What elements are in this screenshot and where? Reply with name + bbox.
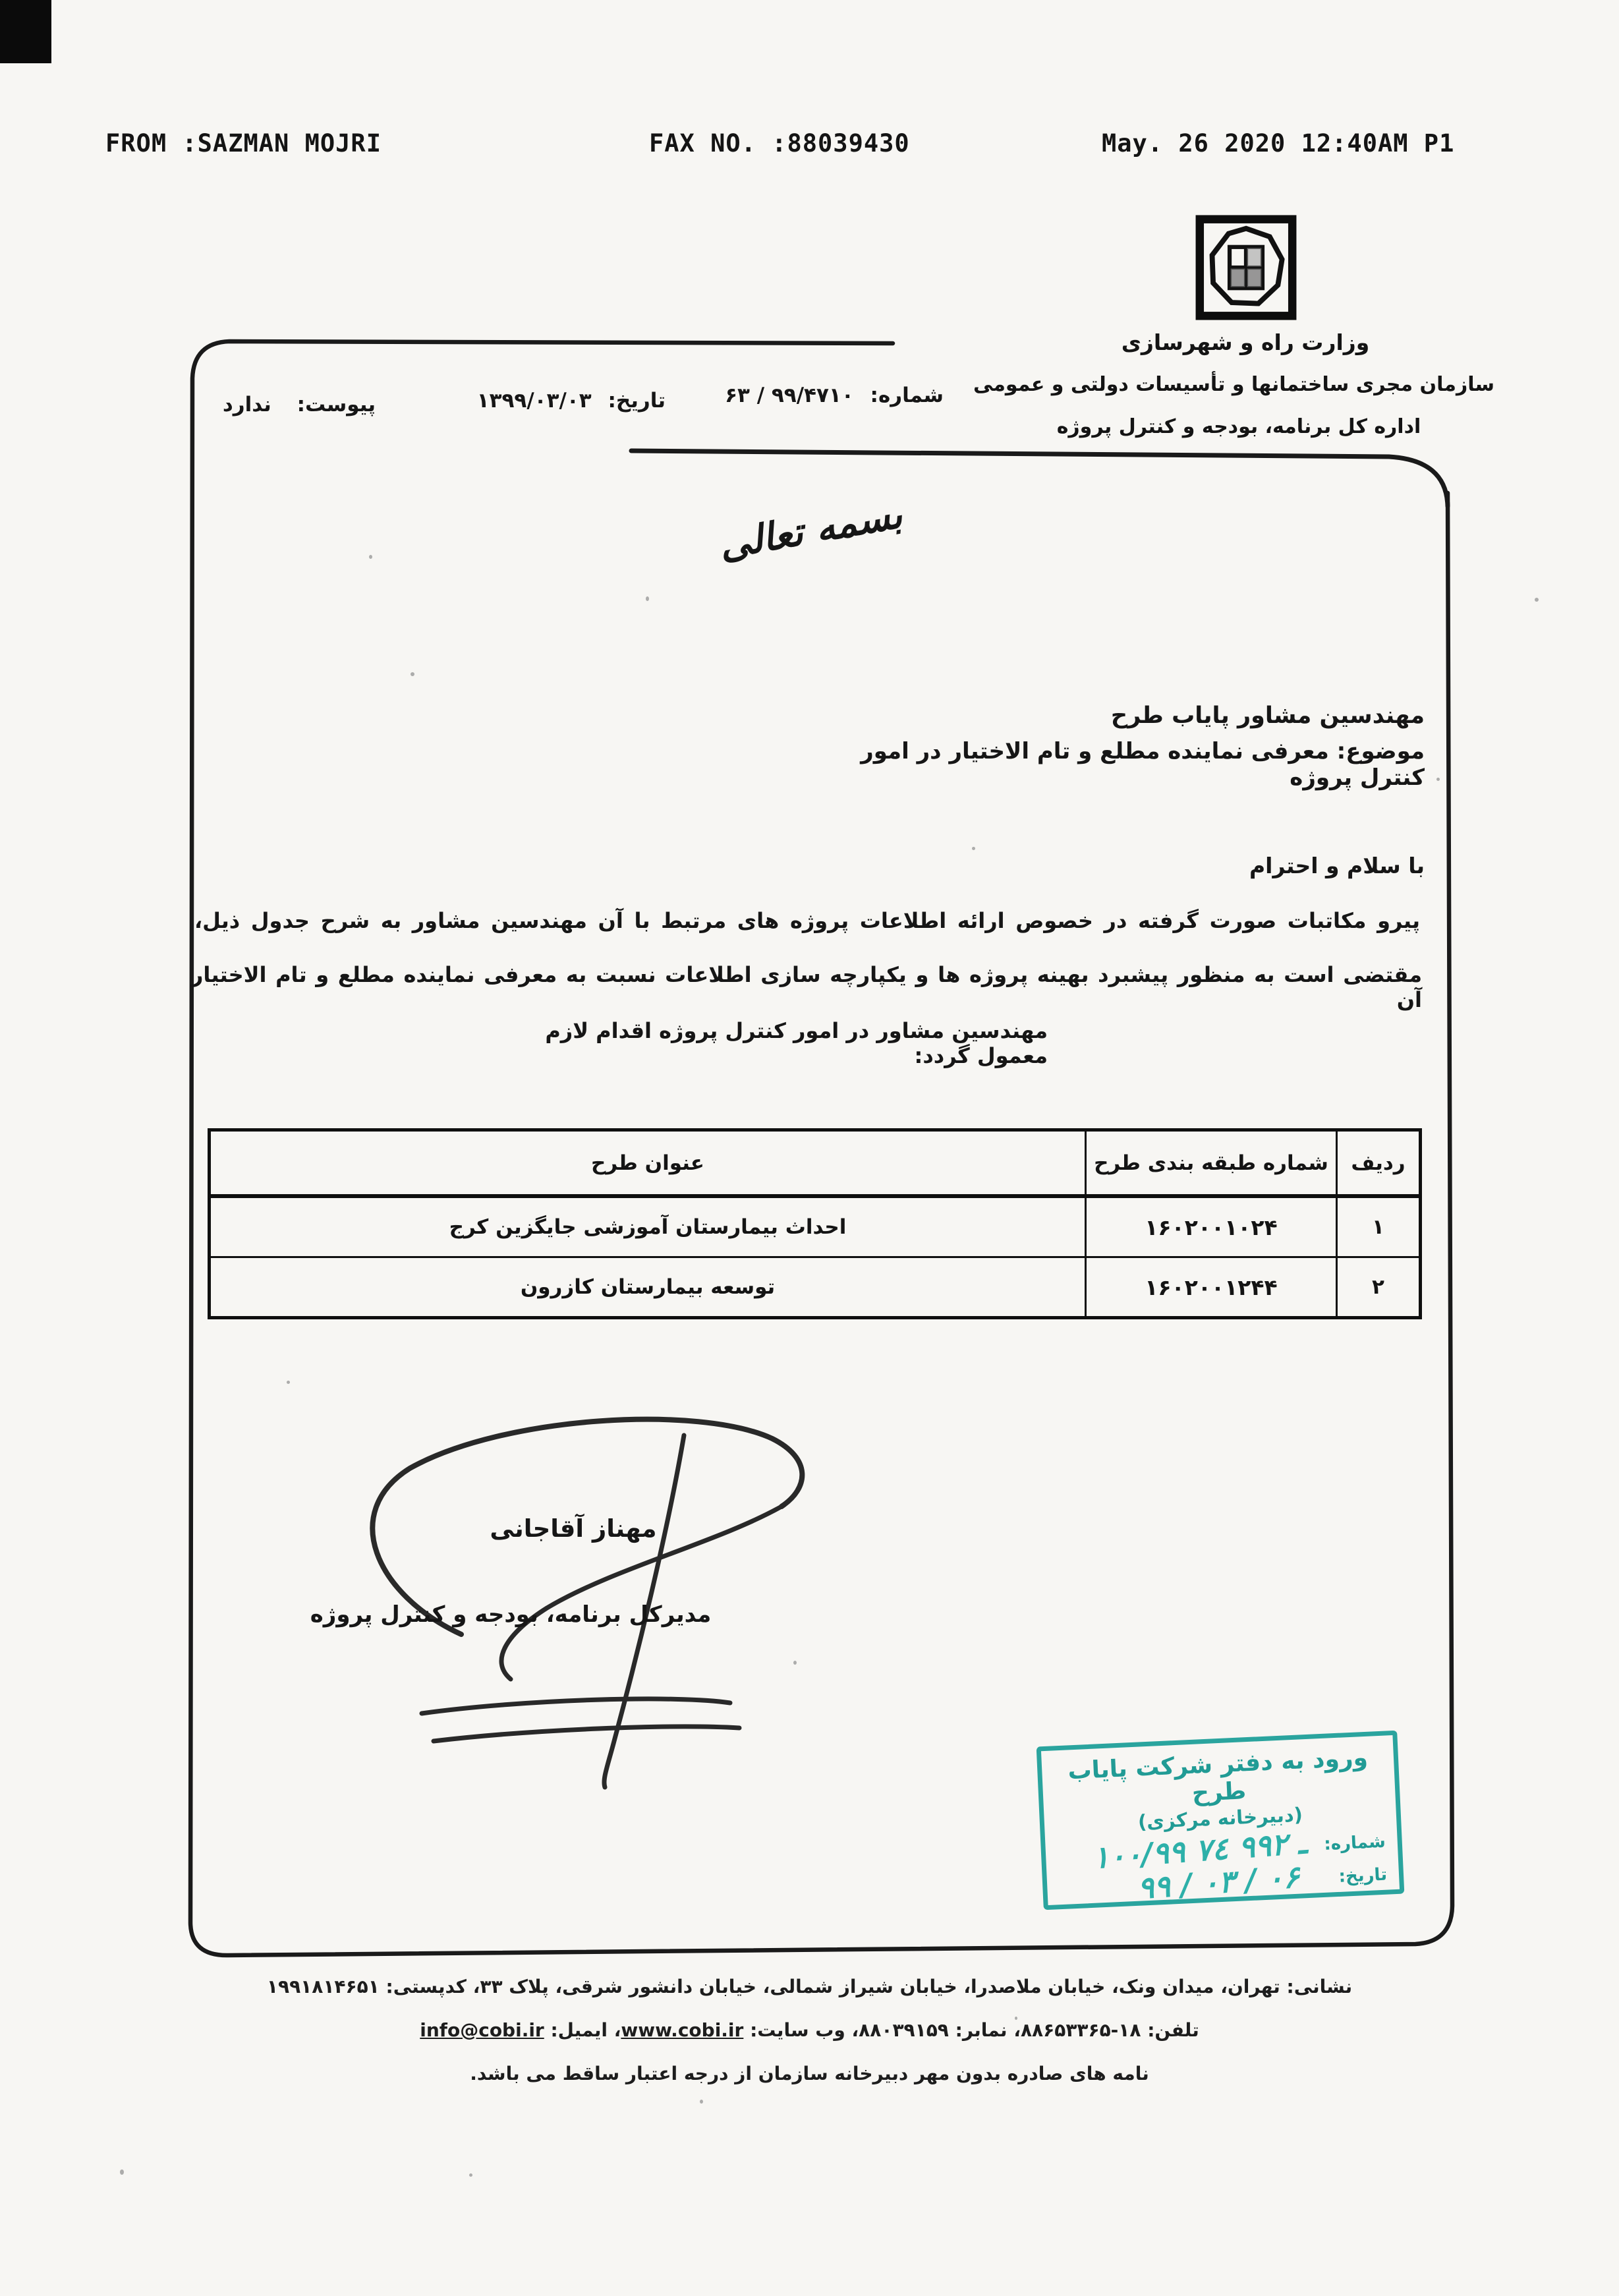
- fax-header-from: FROM :SAZMAN MOJRI: [105, 129, 382, 158]
- signatory-name: مهناز آقاجانی: [461, 1514, 685, 1543]
- scan-corner-artifact: [0, 0, 51, 63]
- fax-header-timestamp: May. 26 2020 12:40AM P1: [1102, 129, 1454, 158]
- salutation-line: با سلام و احترام: [1239, 853, 1425, 878]
- footer-contact: تلفن: ۱۸-۸۸۶۵۳۳۶۵، نمابر: ۸۸۰۳۹۱۵۹، وب س…: [0, 2019, 1619, 2041]
- scan-speck: [1535, 598, 1539, 602]
- footer-disclaimer: نامه های صادره بدون مهر دبیرخانه سازمان …: [0, 2063, 1619, 2084]
- scan-speck: [411, 672, 414, 676]
- body-line-1: پیرو مکاتبات صورت گرفته در خصوص ارائه اط…: [194, 908, 1420, 933]
- footer-website-link: www.cobi.ir: [621, 2019, 743, 2041]
- letter-date-label: تاریخ:: [608, 389, 666, 413]
- body-line-2: مقتضی است به منظور پیشبرد بهینه پروژه ها…: [191, 962, 1422, 1012]
- scan-speck: [646, 596, 649, 601]
- footer-address: نشانی: تهران، میدان ونک، خیابان ملاصدرا،…: [0, 1976, 1619, 1997]
- scan-speck: [793, 1661, 797, 1665]
- footer-contact-text: ، ایمیل:: [544, 2019, 621, 2041]
- letter-attachment-field: پیوست: ندارد: [211, 393, 376, 416]
- footer-contact-text: تلفن: ۱۸-۸۸۶۵۳۳۶۵، نمابر: ۸۸۰۳۹۱۵۹، وب س…: [743, 2019, 1199, 2041]
- letter-attachment-label: پیوست:: [297, 393, 376, 416]
- scan-speck: [972, 847, 975, 850]
- plan-code-cell: ۱۶۰۲۰۰۱۰۲۴: [1086, 1196, 1337, 1257]
- scan-speck: [469, 2173, 472, 2177]
- scan-speck: [1015, 2017, 1017, 2020]
- body-line-3: مهندسین مشاور در امور کنترل پروژه اقدام …: [506, 1018, 1048, 1068]
- subject-line: موضوع: معرفی نماینده مطلع و تام الاختیار…: [804, 738, 1425, 791]
- table-header-row: ردیف شماره طبقه بندی طرح عنوان طرح: [210, 1130, 1421, 1197]
- header-row-number: ردیف: [1337, 1130, 1421, 1197]
- letter-number-value: ۹۹/۴۷۱۰ / ۶۳: [725, 384, 854, 407]
- besmele-calligraphy: بسمه تعالی: [696, 488, 925, 571]
- row-number-cell: ۲: [1337, 1257, 1421, 1318]
- letterhead-department: اداره کل برنامه، بودجه و کنترل پروژه: [1015, 415, 1463, 438]
- row-number-cell: ۱: [1337, 1196, 1421, 1257]
- projects-table: ردیف شماره طبقه بندی طرح عنوان طرح ۱ ۱۶۰…: [208, 1128, 1422, 1319]
- plan-code-cell: ۱۶۰۲۰۰۱۲۴۴: [1086, 1257, 1337, 1318]
- plan-title-cell: توسعه بیمارستان کازرون: [210, 1257, 1086, 1318]
- table-row: ۲ ۱۶۰۲۰۰۱۲۴۴ توسعه بیمارستان کازرون: [210, 1257, 1421, 1318]
- scan-speck: [700, 2100, 703, 2104]
- scan-speck: [287, 1381, 290, 1384]
- ministry-logo-icon: [1195, 215, 1297, 320]
- signatory-title: مدیرکل برنامه، بودجه و کنترل پروژه: [297, 1601, 725, 1628]
- letter-attachment-value: ندارد: [223, 393, 271, 416]
- stamp-date-label: تاریخ:: [1338, 1865, 1388, 1887]
- fax-header-number: FAX NO. :88039430: [649, 129, 910, 158]
- receipt-stamp: ورود به دفتر شرکت پایاب طرح (دبیرخانه مر…: [1037, 1731, 1405, 1910]
- header-plan-code: شماره طبقه بندی طرح: [1086, 1130, 1337, 1197]
- plan-title-cell: احداث بیمارستان آموزشی جایگزین کرج: [210, 1196, 1086, 1257]
- letterhead-ministry: وزارت راه و شهرسازی: [1041, 330, 1450, 355]
- fax-page: FROM :SAZMAN MOJRI FAX NO. :88039430 May…: [0, 0, 1619, 2296]
- letter-number-field: شماره: ۹۹/۴۷۱۰ / ۶۳: [672, 384, 944, 407]
- letterhead-organization: سازمان مجری ساختمانها و تأسیسات دولتی و …: [965, 373, 1502, 396]
- table-row: ۱ ۱۶۰۲۰۰۱۰۲۴ احداث بیمارستان آموزشی جایگ…: [210, 1196, 1421, 1257]
- letter-number-label: شماره:: [870, 384, 944, 407]
- header-plan-title: عنوان طرح: [210, 1130, 1086, 1197]
- scan-speck: [369, 555, 372, 559]
- stamp-number-label: شماره:: [1324, 1832, 1386, 1854]
- letter-date-value: ۱۳۹۹/۰۳/۰۳: [477, 389, 592, 413]
- recipient-line: مهندسین مشاور پایاب طرح: [1054, 703, 1425, 729]
- footer-email-link: info@cobi.ir: [420, 2019, 544, 2041]
- scan-speck: [120, 2169, 124, 2175]
- scan-speck: [1436, 778, 1440, 781]
- letter-date-field: تاریخ: ۱۳۹۹/۰۳/۰۳: [395, 389, 666, 413]
